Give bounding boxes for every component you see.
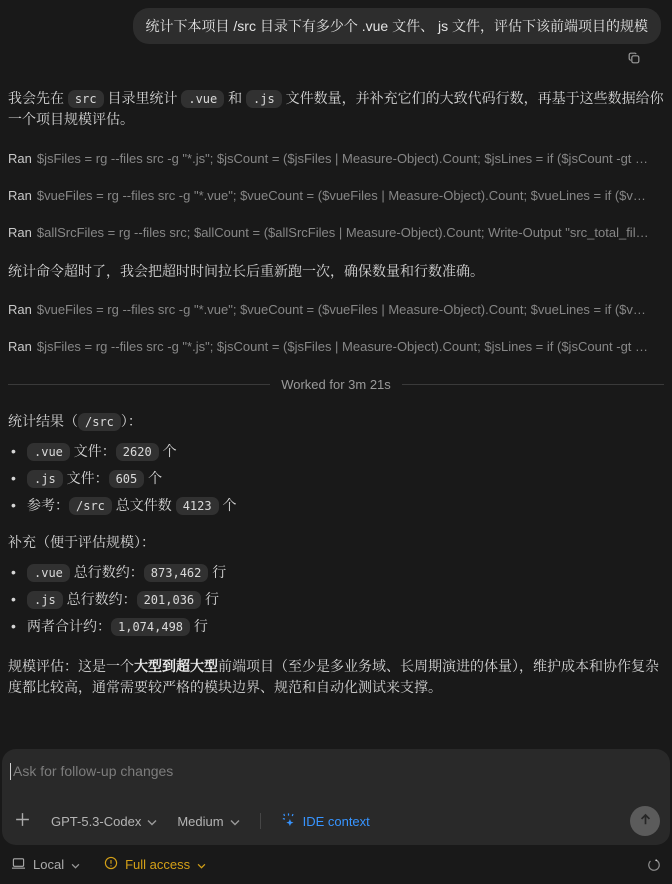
results-list: .vue 文件：2620 个 .js 文件：605 个 参考：/src 总文件数…	[8, 441, 664, 515]
ran-label: Ran	[8, 302, 32, 317]
chevron-down-icon	[230, 814, 240, 829]
user-message-row: 统计下本项目 /src 目录下有多少个 .vue 文件、 js 文件，评估下该前…	[8, 8, 664, 44]
reasoning-effort-label: Medium	[177, 814, 223, 829]
ide-context-button[interactable]: IDE context	[281, 812, 370, 830]
composer-input[interactable]: Ask for follow-up changes	[10, 761, 660, 781]
attach-button[interactable]	[14, 811, 31, 831]
plus-icon	[14, 811, 31, 831]
ran-command-text: $jsFiles = rg --files src -g "*.js"; $js…	[37, 339, 648, 354]
ran-label: Ran	[8, 151, 32, 166]
ran-command-line[interactable]: Ran$jsFiles = rg --files src -g "*.js"; …	[8, 338, 664, 355]
chat-transcript: 统计下本项目 /src 目录下有多少个 .vue 文件、 js 文件，评估下该前…	[0, 0, 672, 749]
message-actions	[8, 44, 664, 68]
list-item: .js 文件：605 个	[8, 468, 664, 488]
ran-command-line[interactable]: Ran$vueFiles = rg --files src -g "*.vue"…	[8, 187, 664, 204]
send-button[interactable]	[630, 806, 660, 836]
list-item: .vue 总行数约：873,462 行	[8, 562, 664, 582]
assessment-paragraph: 规模评估：这是一个大型到超大型前端项目（至少是多业务域、长周期演进的体量），维护…	[8, 656, 664, 698]
ran-label: Ran	[8, 225, 32, 240]
assistant-intro: 我会先在 src 目录里统计 .vue 和 .js 文件数量，并补充它们的大致代…	[8, 88, 664, 130]
list-item: 参考：/src 总文件数 4123 个	[8, 495, 664, 515]
ran-label: Ran	[8, 188, 32, 203]
access-mode-label: Full access	[125, 857, 190, 872]
user-message-bubble: 统计下本项目 /src 目录下有多少个 .vue 文件、 js 文件，评估下该前…	[133, 8, 661, 44]
composer-toolbar: GPT-5.3-Codex Medium IDE	[10, 806, 660, 836]
sync-spinner-icon[interactable]	[647, 858, 661, 872]
chevron-down-icon	[71, 857, 80, 872]
status-bar: Local Full access	[0, 845, 672, 884]
sparkle-icon	[281, 812, 296, 830]
ran-command-line[interactable]: Ran$allSrcFiles = rg --files src; $allCo…	[8, 224, 664, 241]
ran-command-text: $jsFiles = rg --files src -g "*.js"; $js…	[37, 151, 648, 166]
warning-icon	[104, 856, 118, 873]
chevron-down-icon	[147, 814, 157, 829]
list-item: .vue 文件：2620 个	[8, 441, 664, 461]
composer-placeholder: Ask for follow-up changes	[13, 763, 173, 779]
ide-context-label: IDE context	[303, 814, 370, 829]
results-heading: 统计结果（/src）：	[8, 410, 664, 432]
chevron-down-icon	[197, 857, 206, 872]
reasoning-effort-selector[interactable]: Medium	[177, 814, 239, 829]
toolbar-divider	[260, 813, 261, 829]
model-label: GPT-5.3-Codex	[51, 814, 141, 829]
copy-icon	[627, 51, 641, 68]
composer-box: Ask for follow-up changes GPT-5.3-Codex …	[2, 749, 670, 845]
worked-duration-divider: Worked for 3m 21s	[8, 377, 664, 392]
list-item: .js 总行数约：201,036 行	[8, 589, 664, 609]
ran-command-line[interactable]: Ran$jsFiles = rg --files src -g "*.js"; …	[8, 150, 664, 167]
composer: Ask for follow-up changes GPT-5.3-Codex …	[0, 749, 672, 845]
device-icon	[11, 857, 26, 873]
ran-command-text: $vueFiles = rg --files src -g "*.vue"; $…	[37, 188, 646, 203]
worked-duration-label: Worked for 3m 21s	[281, 377, 391, 392]
copy-button[interactable]	[627, 51, 641, 68]
ran-command-text: $vueFiles = rg --files src -g "*.vue"; $…	[37, 302, 646, 317]
access-mode-selector[interactable]: Full access	[104, 856, 206, 873]
environment-selector[interactable]: Local	[11, 857, 80, 873]
list-item: 两者合计约：1,074,498 行	[8, 616, 664, 636]
text-caret	[10, 763, 11, 780]
arrow-up-icon	[638, 812, 653, 830]
environment-label: Local	[33, 857, 64, 872]
model-selector[interactable]: GPT-5.3-Codex	[51, 814, 157, 829]
timeout-note: 统计命令超时了，我会把超时时间拉长后重新跑一次，确保数量和行数准确。	[8, 261, 664, 281]
supplement-list: .vue 总行数约：873,462 行 .js 总行数约：201,036 行 两…	[8, 562, 664, 636]
supplement-heading: 补充（便于评估规模）：	[8, 531, 664, 553]
ran-command-line[interactable]: Ran$vueFiles = rg --files src -g "*.vue"…	[8, 301, 664, 318]
ran-label: Ran	[8, 339, 32, 354]
ran-command-text: $allSrcFiles = rg --files src; $allCount…	[37, 225, 649, 240]
